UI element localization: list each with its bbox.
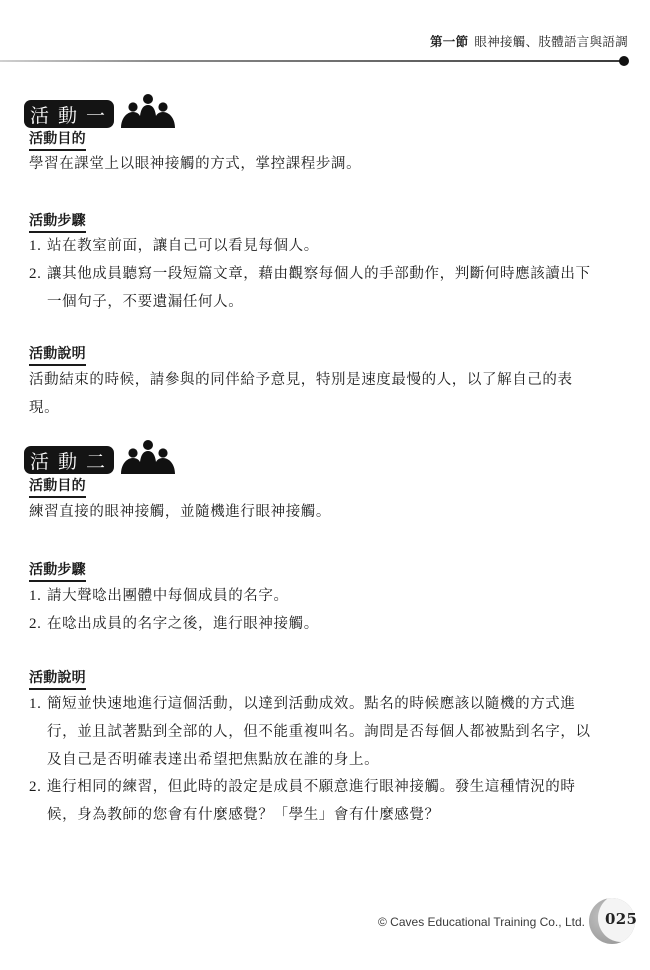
activity-2-purpose-text: 練習直接的眼神接觸，並隨機進行眼神接觸。 — [29, 498, 599, 526]
activity-1-explanation-text: 活動結束的時候，請參與的同伴給予意見，特別是速度最慢的人，以了解自己的表現。 — [29, 366, 599, 422]
activity-1-purpose-heading: 活動目的 — [29, 130, 86, 151]
activity-1-explanation-heading: 活動說明 — [29, 345, 86, 366]
chapter-title: 眼神接觸、肢體語言與語調 — [474, 34, 628, 49]
header-rule — [0, 60, 622, 62]
activity-1-step-2: 2.讓其他成員聽寫一段短篇文章，藉由觀察每個人的手部動作，判斷何時應該讀出下一個… — [29, 260, 599, 316]
step-text: 讓其他成員聽寫一段短篇文章，藉由觀察每個人的手部動作，判斷何時應該讀出下一個句子… — [47, 266, 591, 310]
activity-1-steps-heading: 活動步驟 — [29, 212, 86, 233]
item-number: 1. — [29, 690, 47, 718]
activity-1-label: 活動一 — [24, 100, 114, 128]
group-people-icon — [119, 94, 177, 128]
activity-2-label: 活動二 — [24, 446, 114, 474]
item-text: 進行相同的練習，但此時的設定是成員不願意進行眼神接觸。發生這種情況的時候，身為教… — [47, 779, 576, 823]
activity-1-badge: 活動一 — [24, 100, 177, 128]
activity-1-step-1: 1.站在教室前面，讓自己可以看見每個人。 — [29, 232, 599, 260]
item-text: 簡短並快速地進行這個活動，以達到活動成效。點名的時候應該以隨機的方式進行，並且試… — [47, 696, 591, 768]
step-text: 站在教室前面，讓自己可以看見每個人。 — [47, 238, 319, 254]
activity-2-purpose-heading: 活動目的 — [29, 477, 86, 498]
step-text: 在唸出成員的名字之後，進行眼神接觸。 — [47, 616, 319, 632]
item-number: 2. — [29, 773, 47, 801]
activity-2-badge: 活動二 — [24, 446, 177, 474]
step-number: 2. — [29, 610, 47, 638]
chapter-label: 第一節 — [430, 34, 468, 49]
group-people-icon — [119, 440, 177, 474]
activity-1-purpose-text: 學習在課堂上以眼神接觸的方式，掌控課程步調。 — [29, 150, 599, 178]
activity-2-step-2: 2.在唸出成員的名字之後，進行眼神接觸。 — [29, 610, 599, 638]
step-text: 請大聲唸出團體中每個成員的名字。 — [47, 588, 289, 604]
activity-2-steps-heading: 活動步驟 — [29, 561, 86, 582]
copyright-notice: © Caves Educational Training Co., Ltd. — [378, 915, 585, 929]
step-number: 1. — [29, 582, 47, 610]
activity-2-explanation-heading: 活動說明 — [29, 669, 86, 690]
step-number: 2. — [29, 260, 47, 288]
running-header: 第一節眼神接觸、肢體語言與語調 — [430, 32, 628, 50]
activity-2-explanation-item-2: 2.進行相同的練習，但此時的設定是成員不願意進行眼神接觸。發生這種情況的時候，身… — [29, 773, 599, 829]
step-number: 1. — [29, 232, 47, 260]
activity-2-step-1: 1.請大聲唸出團體中每個成員的名字。 — [29, 582, 599, 610]
activity-2-explanation-item-1: 1.簡短並快速地進行這個活動，以達到活動成效。點名的時候應該以隨機的方式進行，並… — [29, 690, 599, 774]
page-number: 025 — [605, 910, 637, 928]
header-dot — [619, 56, 629, 66]
